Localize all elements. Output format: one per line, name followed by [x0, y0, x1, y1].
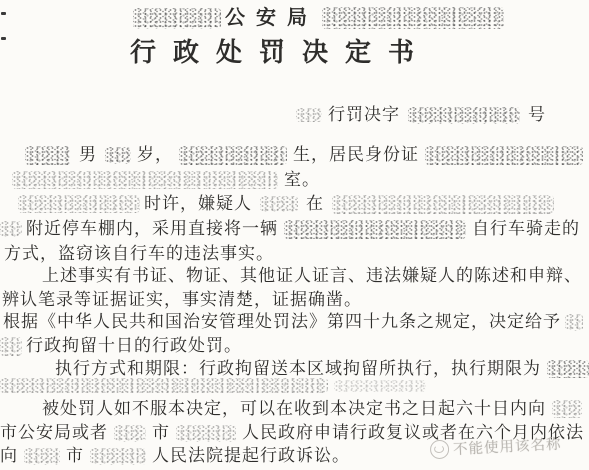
- person-age-suffix: 岁，: [137, 144, 173, 166]
- penalty-text: 行政拘留十日的行政处罚。: [26, 335, 242, 357]
- scanned-document-page: 公安局 行政处罚决定书 行罚决字 号 男 岁， 生，居民身份证 室。 时许，嫌疑…: [0, 0, 589, 470]
- watermark-logo-icon: [430, 439, 450, 459]
- person-gender: 男: [79, 144, 97, 166]
- evidence-line-1: 上述事实有书证、物证、其他证人证言、违法嫌疑人的陈述和申辩、: [42, 265, 582, 287]
- redacted-text: [296, 108, 322, 122]
- reference-number-line: 行罚决字 号: [296, 104, 546, 126]
- fact-line-1: 附近停车棚内，采用直接将一辆 自行车骑走的: [0, 218, 580, 240]
- fact-text-1a: 附近停车棚内，采用直接将一辆: [26, 218, 278, 240]
- ref-prefix: 行罚决字: [328, 104, 400, 126]
- appeal-line-1: 被处罚人如不服本决定，可以在收到本决定书之日起六十日内向: [42, 398, 582, 420]
- redacted-text: [24, 448, 60, 465]
- redacted-text: [0, 378, 328, 393]
- redacted-text: [176, 425, 236, 442]
- at-word: 在: [306, 193, 324, 215]
- evidence-text-2: 辨认笔录等证据证实，事实清楚，证据确凿。: [2, 289, 362, 311]
- redacted-text: [260, 196, 298, 212]
- appeal-text-2a: 市公安局或者: [0, 422, 108, 444]
- redacted-text: [425, 146, 583, 165]
- redacted-text: [25, 146, 71, 165]
- room-word: 室。: [284, 169, 320, 191]
- time-suspect-line: 时许，嫌疑人 在: [18, 193, 554, 215]
- redacted-text: [105, 147, 131, 164]
- agency-name: 公安局: [221, 7, 322, 29]
- appeal-text-1: 被处罚人如不服本决定，可以在收到本决定书之日起六十日内向: [42, 398, 546, 420]
- redacted-text: [12, 171, 278, 189]
- redacted-text: [0, 221, 22, 237]
- person-info-line: 男 岁， 生，居民身份证: [25, 144, 583, 166]
- redacted-line: [0, 378, 426, 393]
- law-basis-text: 根据《中华人民共和国治安管理处罚法》第四十九条之规定，决定给予: [3, 311, 561, 333]
- time-suspect-text: 时许，嫌疑人: [144, 193, 252, 215]
- evidence-line-2: 辨认笔录等证据证实，事实清楚，证据确凿。: [2, 289, 362, 311]
- scan-artifact: [1, 37, 6, 40]
- redacted-text: [547, 360, 589, 378]
- appeal-text-3b: 市: [66, 445, 84, 467]
- redacted-text: [322, 7, 504, 29]
- document-header: 公安局: [133, 7, 504, 29]
- address-room-line: 室。: [12, 169, 320, 191]
- fact-line-2: 方式，盗窃该自行车的违法事实。: [4, 243, 274, 265]
- scan-artifact: [1, 12, 6, 15]
- redacted-text: [408, 107, 520, 124]
- redacted-text: [332, 195, 554, 214]
- redacted-text: [565, 314, 583, 331]
- document-title-row: 行政处罚决定书: [130, 42, 431, 64]
- fact-text-2: 方式，盗窃该自行车的违法事实。: [4, 243, 274, 265]
- appeal-text-2b: 市: [152, 422, 170, 444]
- ref-suffix: 号: [528, 104, 546, 126]
- redacted-text: [0, 337, 22, 356]
- execution-text: 执行方式和期限：行政拘留送本区域拘留所执行，执行期限为: [55, 358, 541, 380]
- appeal-line-3: 向 市 人民法院提起行政诉讼。: [0, 445, 350, 467]
- redacted-text: [18, 195, 140, 213]
- fact-text-1b: 自行车骑走的: [472, 218, 580, 240]
- redacted-text: [133, 8, 221, 29]
- redacted-text: [90, 448, 146, 465]
- watermark-text: 不能使用该名称: [453, 433, 562, 460]
- person-birth-id: 生，居民身份证: [293, 144, 419, 166]
- appeal-text-3c: 人民法院提起行政诉讼。: [152, 445, 350, 467]
- penalty-line: 行政拘留十日的行政处罚。: [0, 335, 242, 357]
- evidence-text-1: 上述事实有书证、物证、其他证人证言、违法嫌疑人的陈述和申辩、: [42, 265, 582, 287]
- law-basis-line: 根据《中华人民共和国治安管理处罚法》第四十九条之规定，决定给予: [3, 311, 583, 333]
- redacted-text: [179, 146, 287, 165]
- appeal-text-3a: 向: [0, 445, 18, 467]
- redacted-text: [334, 380, 426, 392]
- redacted-text: [552, 400, 582, 418]
- execution-line: 执行方式和期限：行政拘留送本区域拘留所执行，执行期限为: [55, 358, 589, 380]
- redacted-text: [284, 220, 466, 239]
- redacted-text: [114, 425, 146, 442]
- document-title: 行政处罚决定书: [130, 42, 431, 64]
